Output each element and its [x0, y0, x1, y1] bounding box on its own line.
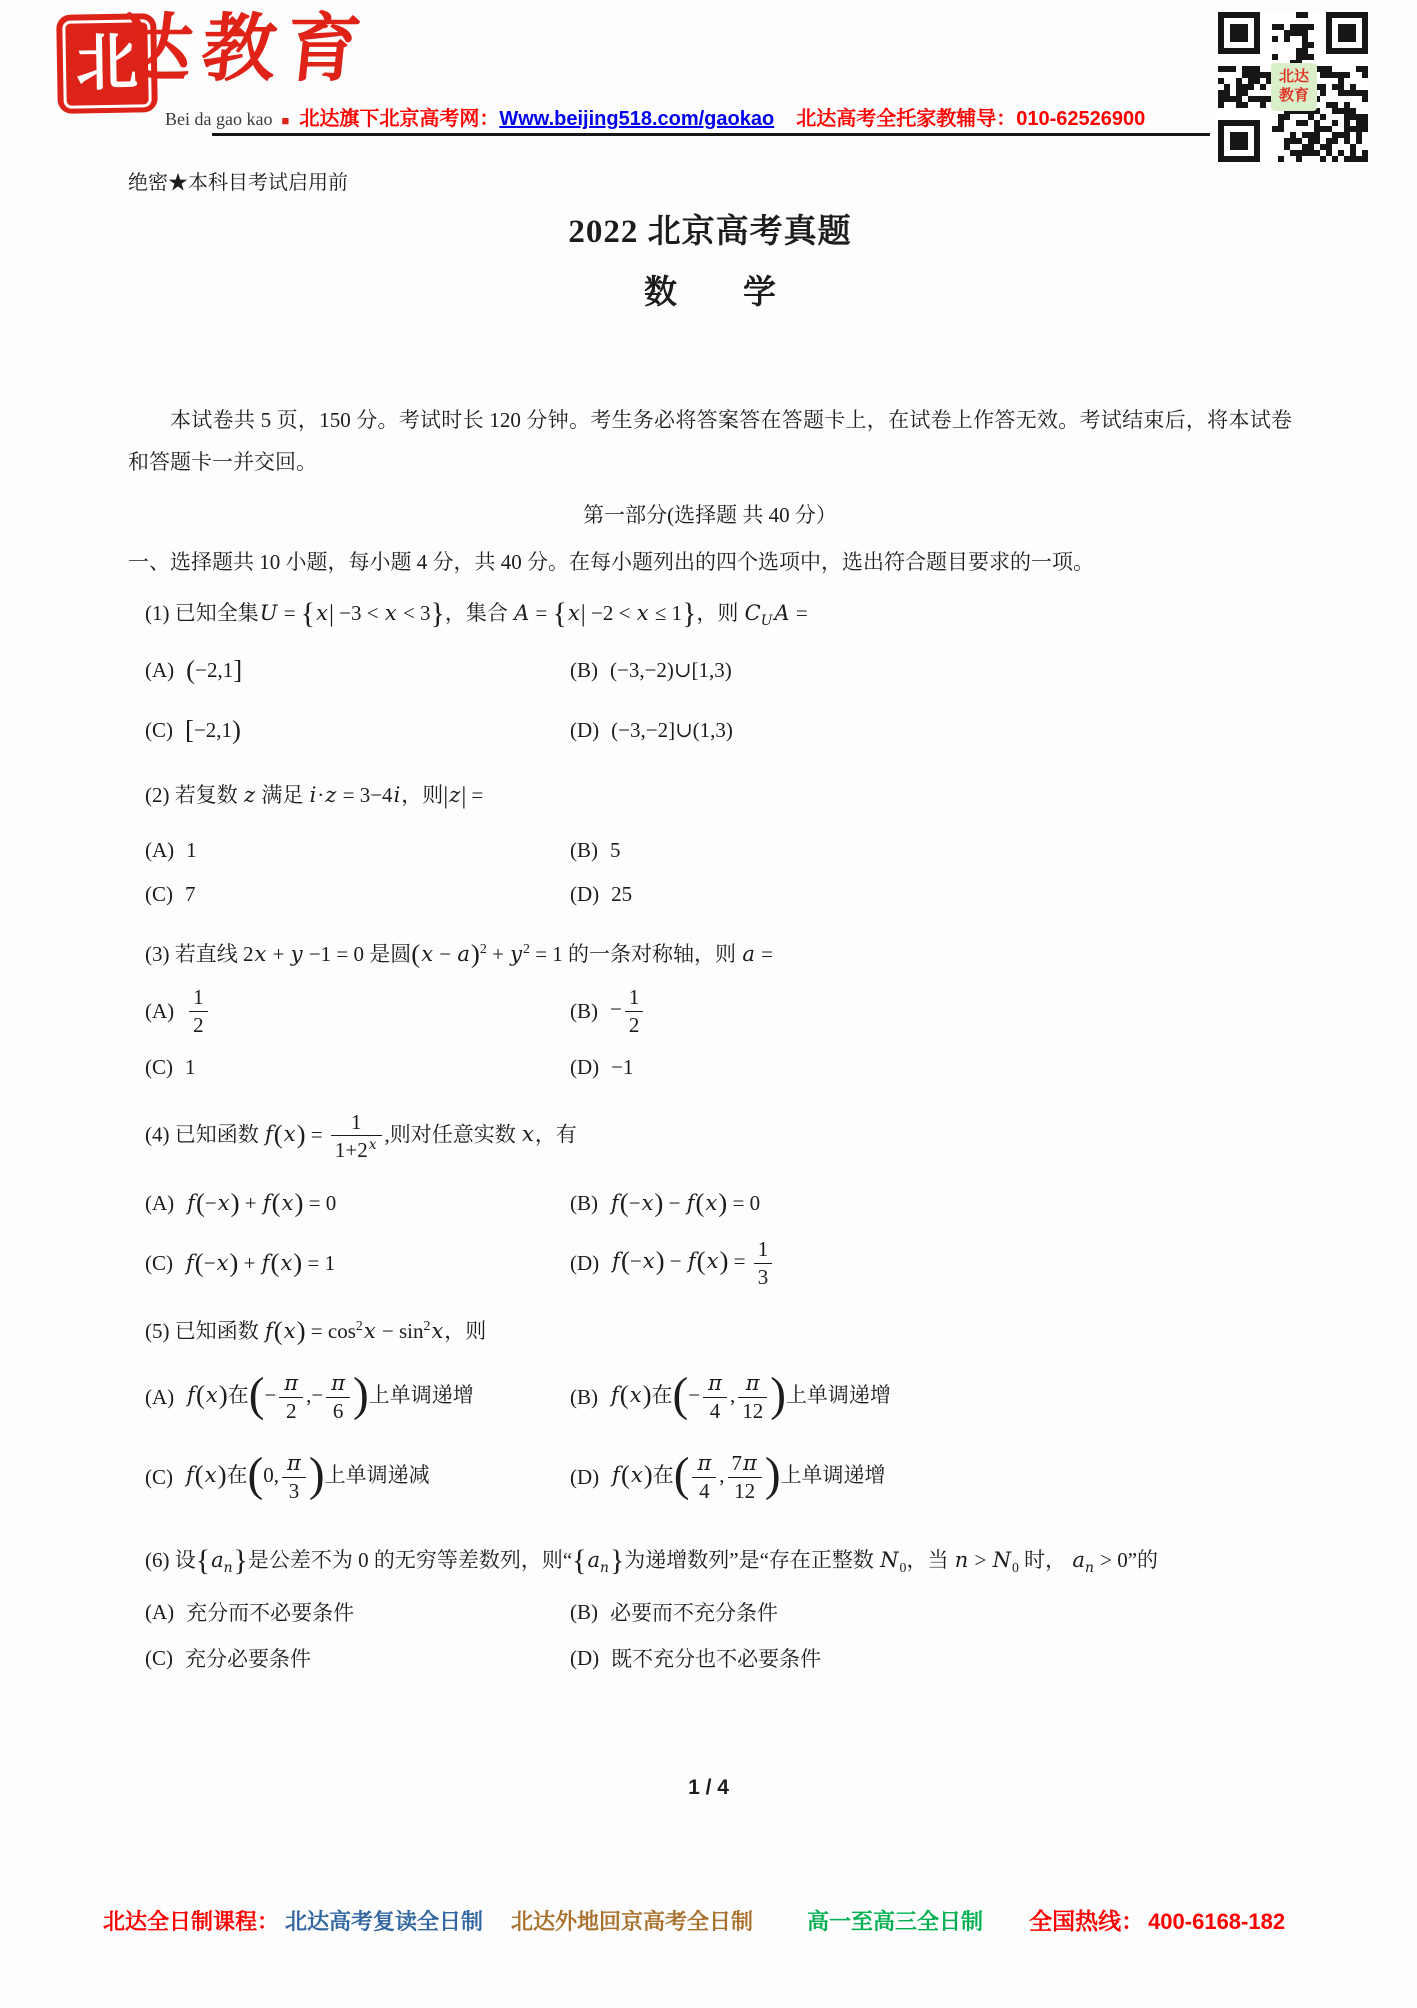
question-6-stem: (6) 设{an}是公差不为 0 的无穷等差数列，则“{an}为递增数列”是“存… — [145, 1545, 1292, 1579]
page-title: 2022 北京高考真题 — [128, 205, 1292, 252]
option-content: f(−x) + f(x) = 0 — [186, 1191, 336, 1216]
question-5-option-b: (B)f(x)在(−π4,π12)上单调递增 — [570, 1359, 1292, 1435]
question-5: (5) 已知函数 f(x) = cos2x − sin2x，则 (A)f(x)在… — [128, 1316, 1292, 1516]
question-1-option-c: (C)[−2,1) — [145, 708, 570, 754]
question-1-option-d: (D)(−3,−2]∪(1,3) — [570, 708, 1292, 754]
part1-heading: 第一部分(选择题 共 40 分） — [128, 499, 1292, 529]
question-3-option-a: (A)12 — [145, 985, 570, 1038]
option-label: (C) — [145, 1251, 173, 1276]
option-content: 既不充分也不必要条件 — [611, 1643, 821, 1673]
footer-hotline-number: 400-6168-182 — [1148, 1909, 1285, 1935]
footer-hotline-label: 全国热线： — [1029, 1903, 1144, 1936]
option-content: f(−x) − f(x) = 0 — [610, 1191, 760, 1216]
option-content: (−3,−2]∪(1,3) — [611, 718, 733, 743]
question-1-option-b: (B)(−3,−2)∪[1,3) — [570, 648, 1292, 694]
section1-intro: 一、选择题共 10 小题，每小题 4 分，共 40 分。在每小题列出的四个选项中… — [128, 546, 1292, 576]
option-content: f(x)在(−π4,π12)上单调递增 — [610, 1371, 891, 1424]
qr-center-label: 北达 教育 — [1271, 63, 1317, 111]
option-content: −12 — [610, 985, 646, 1038]
option-content: 7 — [185, 882, 196, 907]
exam-instructions: 本试卷共 5 页，150 分。考试时长 120 分钟。考生务必将答案答在答题卡上… — [128, 399, 1292, 483]
option-label: (D) — [570, 882, 599, 907]
question-3-option-c: (C)1 — [145, 1046, 570, 1090]
header-divider — [212, 133, 1210, 136]
question-5-options: (A)f(x)在(−π2,−π6)上单调递增 (B)f(x)在(−π4,π12)… — [145, 1359, 1292, 1515]
question-2-option-a: (A)1 — [145, 831, 570, 869]
option-content: 12 — [186, 985, 211, 1038]
option-label: (C) — [145, 1646, 173, 1671]
option-label: (B) — [570, 1600, 598, 1625]
question-1: (1) 已知全集U = {x| −3 < x < 3}，集合 A = {x| −… — [128, 598, 1292, 754]
option-label: (D) — [570, 1465, 599, 1490]
question-4-option-b: (B)f(−x) − f(x) = 0 — [570, 1179, 1292, 1227]
qr-label-line2: 教育 — [1279, 87, 1309, 106]
option-content: (−2,1] — [186, 658, 242, 683]
question-5-option-d: (D)f(x)在(π4,7π12)上单调递增 — [570, 1439, 1292, 1515]
option-label: (A) — [145, 1385, 174, 1410]
option-label: (C) — [145, 718, 173, 743]
exam-page: 北 达教育 Bei da gao kao ■ 北达旗下北京高考网： Www.be… — [0, 0, 1417, 2008]
footer-course-fulltime: 高一至高三全日制 — [807, 1905, 983, 1936]
question-3-option-d: (D)−1 — [570, 1046, 1292, 1090]
question-5-stem: (5) 已知函数 f(x) = cos2x − sin2x，则 — [145, 1316, 1292, 1348]
option-content: −1 — [611, 1055, 633, 1080]
option-label: (C) — [145, 1055, 173, 1080]
option-content: 1 — [186, 838, 197, 863]
confidential-notice: 绝密★本科目考试启用前 — [128, 166, 1292, 195]
qr-label-line1: 北达 — [1279, 68, 1309, 87]
footer-courses-label: 北达全日制课程： — [103, 1905, 279, 1936]
option-content: 5 — [610, 838, 621, 863]
footer: 北达全日制课程： 北达高考复读全日制 北达外地回京高考全日制 高一至高三全日制 … — [103, 1903, 1285, 1936]
document-body: 绝密★本科目考试启用前 2022 北京高考真题 数 学 本试卷共 5 页，150… — [128, 140, 1292, 1677]
question-6-option-a: (A)充分而不必要条件 — [145, 1593, 570, 1631]
brand-pinyin: Bei da gao kao — [165, 109, 272, 130]
option-label: (D) — [570, 1251, 599, 1276]
question-3-option-b: (B)−12 — [570, 985, 1292, 1038]
question-3-options: (A)12 (B)−12 (C)1 (D)−1 — [145, 985, 1292, 1090]
option-label: (A) — [145, 658, 174, 683]
question-2-option-d: (D)25 — [570, 875, 1292, 913]
option-label: (D) — [570, 1646, 599, 1671]
page-number: 1 / 4 — [0, 1776, 1417, 1800]
option-label: (D) — [570, 718, 599, 743]
option-content: f(x)在(−π2,−π6)上单调递增 — [186, 1371, 474, 1424]
option-content: 25 — [611, 882, 632, 907]
footer-course-repeat: 北达高考复读全日制 — [285, 1905, 483, 1936]
subject-title: 数 学 — [128, 266, 1292, 313]
question-2-stem: (2) 若复数 z 满足 i·z = 3−4i，则|z| = — [145, 780, 1292, 812]
option-label: (C) — [145, 882, 173, 907]
tagline-site-link[interactable]: Www.beijing518.com/gaokao — [499, 108, 774, 131]
tagline-tutoring-label: 北达高考全托家教辅导： — [796, 102, 1016, 131]
question-6-options: (A)充分而不必要条件 (B)必要而不充分条件 (C)充分必要条件 (D)既不充… — [145, 1593, 1292, 1677]
question-1-options: (A)(−2,1] (B)(−3,−2)∪[1,3) (C)[−2,1) (D)… — [145, 648, 1292, 754]
question-6-option-d: (D)既不充分也不必要条件 — [570, 1639, 1292, 1677]
question-2-option-b: (B)5 — [570, 831, 1292, 869]
question-1-stem: (1) 已知全集U = {x| −3 < x < 3}，集合 A = {x| −… — [145, 598, 1292, 632]
option-content: 充分而不必要条件 — [186, 1597, 354, 1627]
question-4: (4) 已知函数 f(x) = 11+2x,则对任意实数 x，有 (A)f(−x… — [128, 1110, 1292, 1290]
option-content: [−2,1) — [185, 718, 241, 743]
option-label: (C) — [145, 1465, 173, 1490]
option-content: f(x)在(0,π3)上单调递减 — [185, 1451, 430, 1504]
brand-calligraphy: 达教育 — [113, 0, 376, 100]
question-6-option-c: (C)充分必要条件 — [145, 1639, 570, 1677]
footer-course-return: 北达外地回京高考全日制 — [511, 1905, 753, 1936]
question-2-option-c: (C)7 — [145, 875, 570, 913]
option-label: (A) — [145, 1191, 174, 1216]
option-content: f(−x) − f(x) = 13 — [611, 1237, 775, 1290]
option-label: (B) — [570, 999, 598, 1024]
option-label: (A) — [145, 838, 174, 863]
option-label: (D) — [570, 1055, 599, 1080]
question-3-stem: (3) 若直线 2x + y −1 = 0 是圆(x − a)2 + y2 = … — [145, 939, 1292, 971]
question-4-stem: (4) 已知函数 f(x) = 11+2x,则对任意实数 x，有 — [145, 1110, 1292, 1164]
option-label: (A) — [145, 1600, 174, 1625]
question-1-option-a: (A)(−2,1] — [145, 648, 570, 694]
question-4-option-a: (A)f(−x) + f(x) = 0 — [145, 1179, 570, 1227]
option-content: f(x)在(π4,7π12)上单调递增 — [611, 1451, 885, 1504]
question-4-option-c: (C)f(−x) + f(x) = 1 — [145, 1237, 570, 1290]
question-5-option-c: (C)f(x)在(0,π3)上单调递减 — [145, 1439, 570, 1515]
question-4-options: (A)f(−x) + f(x) = 0 (B)f(−x) − f(x) = 0 … — [145, 1179, 1292, 1290]
option-content: 充分必要条件 — [185, 1643, 311, 1673]
red-square-bullet-icon: ■ — [281, 113, 289, 129]
question-4-option-d: (D)f(−x) − f(x) = 13 — [570, 1237, 1292, 1290]
option-label: (B) — [570, 1385, 598, 1410]
question-5-option-a: (A)f(x)在(−π2,−π6)上单调递增 — [145, 1359, 570, 1435]
option-label: (B) — [570, 838, 598, 863]
option-content: (−3,−2)∪[1,3) — [610, 658, 732, 683]
question-2: (2) 若复数 z 满足 i·z = 3−4i，则|z| = (A)1 (B)5… — [128, 780, 1292, 914]
option-content: f(−x) + f(x) = 1 — [185, 1251, 335, 1276]
option-label: (A) — [145, 999, 174, 1024]
option-content: 1 — [185, 1055, 196, 1080]
tagline-site-label: 北达旗下北京高考网： — [299, 102, 499, 131]
brand-tagline-row: Bei da gao kao ■ 北达旗下北京高考网： Www.beijing5… — [165, 102, 1145, 131]
question-3: (3) 若直线 2x + y −1 = 0 是圆(x − a)2 + y2 = … — [128, 939, 1292, 1089]
question-2-options: (A)1 (B)5 (C)7 (D)25 — [145, 831, 1292, 913]
question-6-option-b: (B)必要而不充分条件 — [570, 1593, 1292, 1631]
tagline-phone: 010-62526900 — [1016, 108, 1145, 131]
question-6: (6) 设{an}是公差不为 0 的无穷等差数列，则“{an}为递增数列”是“存… — [128, 1545, 1292, 1677]
option-content: 必要而不充分条件 — [610, 1597, 778, 1627]
option-label: (B) — [570, 1191, 598, 1216]
header: 北 达教育 Bei da gao kao ■ 北达旗下北京高考网： Www.be… — [0, 0, 1417, 140]
option-label: (B) — [570, 658, 598, 683]
